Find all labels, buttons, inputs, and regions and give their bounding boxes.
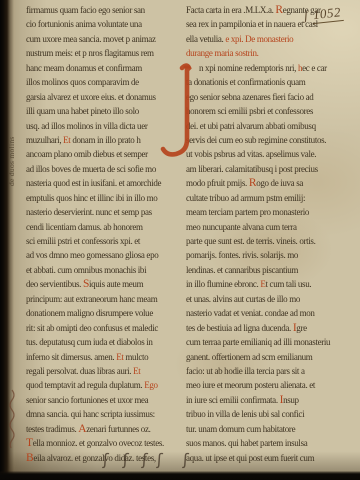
text-line: ad illos boves de muerta de sci sofie mo xyxy=(26,162,180,176)
right-text-column: Facta carta in era .M.LX.a. Regnante gar… xyxy=(186,3,358,465)
text-line: regali persolvat. duas libras auri. Et xyxy=(26,364,180,378)
text-line: meo nuncupante alvana cum terra xyxy=(186,220,358,234)
text-line: meam terciam partem pro monasterio xyxy=(186,205,358,219)
text-line: ut vobis psbrus ad vitas. apselimus vale… xyxy=(186,147,358,161)
text-line: facio: ut ab hodie illa tercia pars sit … xyxy=(186,364,358,378)
text-line: pomarijs. fontes. rivis. solarijs. mo xyxy=(186,248,358,262)
text-line: rit: sit ab omipti deo confusus et maled… xyxy=(26,321,180,335)
text-line: inferno sit dimersus. amen. Et mulcto xyxy=(26,350,180,364)
text-line: cum terraa parte emilianiq ad illi monas… xyxy=(186,335,358,349)
text-line: nasteria quod est in iusifani. et amorch… xyxy=(26,176,180,190)
text-line: in illo flumine ebronc. Et cum tali usu. xyxy=(186,277,358,291)
witness-stroke: ʃ xyxy=(141,450,148,469)
text-line: meo iure et meorum posteru alienata. et xyxy=(186,378,358,392)
marginal-scribble-lower xyxy=(5,388,19,450)
text-line: in iure sci emilii confirmata. Insup xyxy=(186,393,358,407)
text-line: nasterio vadat et veniat. condae ad mon xyxy=(186,306,358,320)
text-line: tur. unam domum cum habitatore xyxy=(186,422,358,436)
text-line: Tella monnioz. et gonzalvo ovecoz testes… xyxy=(26,436,180,450)
witness-stroke: ʃ xyxy=(182,450,189,469)
text-line: et unas. alvins aut curtas de illo mo xyxy=(186,292,358,306)
text-line: suos manos. qui habet partem insulsa xyxy=(186,436,358,450)
text-line: deo servientibus. Siquis aute meum xyxy=(26,277,180,291)
marginal-note-upper: de duos molins xyxy=(7,136,16,186)
text-line: sci emilii pstri et confessoris xpi. et xyxy=(26,234,180,248)
text-line: emptulis quos hinc et illinc ibi in illo… xyxy=(26,191,180,205)
decorated-initial-I-icon xyxy=(152,62,202,162)
manuscript-page: ʃ 1052 de duos molins firmamus quam faci… xyxy=(0,0,360,480)
text-line: nasterio deservierint. nunc et semp pas xyxy=(26,205,180,219)
text-line: tribuo in villa de lenis ubi sal confici xyxy=(186,407,358,421)
scan-edge-bottom xyxy=(0,471,360,480)
text-line: am liberari. calamitatibusq i post preci… xyxy=(186,162,358,176)
witness-stroke: ʃ xyxy=(156,450,163,469)
text-line: ad vos dmno meo gomessano gliosa epo xyxy=(26,248,180,262)
text-line: durange maria sostrin. xyxy=(186,46,358,60)
text-line: ta donationis et confirmationis quam xyxy=(186,75,358,89)
text-line: sea rex in pampilonia et in nauera et ca… xyxy=(186,17,358,31)
text-line: senior sancio fortuniones et uxor mea xyxy=(26,393,180,407)
text-line: cendi licentiam damus. ab honorem xyxy=(26,220,180,234)
text-line: Facta carta in era .M.LX.a. Regnante gar xyxy=(186,3,358,17)
text-line: testes tradimus. Azenari furtunnes oz. xyxy=(26,422,180,436)
text-line: honorem sci emilii psbri et confessores xyxy=(186,104,358,118)
text-line: nustrum meis: et p nros flagitamus rem xyxy=(26,46,180,60)
text-line: tus. deputatusq cum iuda et diabolos in xyxy=(26,335,180,349)
text-line: ella vetulia. e xpi. De monasterio xyxy=(186,32,358,46)
text-line: aqua. ut ipse et qui post eum fuerit cum xyxy=(186,451,358,465)
text-line: et abbati. cum omnibus monachis ibi xyxy=(26,263,180,277)
text-line: ego senior sebna azenares fieri facio ad xyxy=(186,90,358,104)
text-line: dei. et ubi patri alvarum abbati omibusq xyxy=(186,119,358,133)
text-line: firmamus quam facio ego senior san xyxy=(26,3,180,17)
witness-stroke: ʃ xyxy=(122,450,129,469)
text-line: servis dei cum eo sub regimine constitut… xyxy=(186,133,358,147)
text-line: principum: aut extraneorum hanc meam xyxy=(26,292,180,306)
text-line: cultate tribuo ad armum pstm emilij: xyxy=(186,191,358,205)
text-line: parte que sunt est. de terris. vineis. o… xyxy=(186,234,358,248)
text-line: n xpi nomine redemptoris nri, hec e car xyxy=(186,61,358,75)
text-line: modo pfruit pmijs. Rogo de iuva sa xyxy=(186,176,358,190)
witness-stroke: ʃ xyxy=(102,450,109,469)
text-line: lendinas. et cannaribus piscantium xyxy=(186,263,358,277)
text-line: cio fortunionis anima voluntate una xyxy=(26,17,180,31)
text-line: tes de bestiuia ad ligna ducenda. Igre xyxy=(186,321,358,335)
text-line: cum uxore mea sancia. movet p animaz xyxy=(26,32,180,46)
text-line: dmna sancia. qui hanc scripta iussimus: xyxy=(26,407,180,421)
text-line: quod temptavit ad regula duplatum. Ego xyxy=(26,378,180,392)
text-line: ganent. offertionem ad scm emilianum xyxy=(186,350,358,364)
text-line: donationem maligno disrumpere volue xyxy=(26,306,180,320)
